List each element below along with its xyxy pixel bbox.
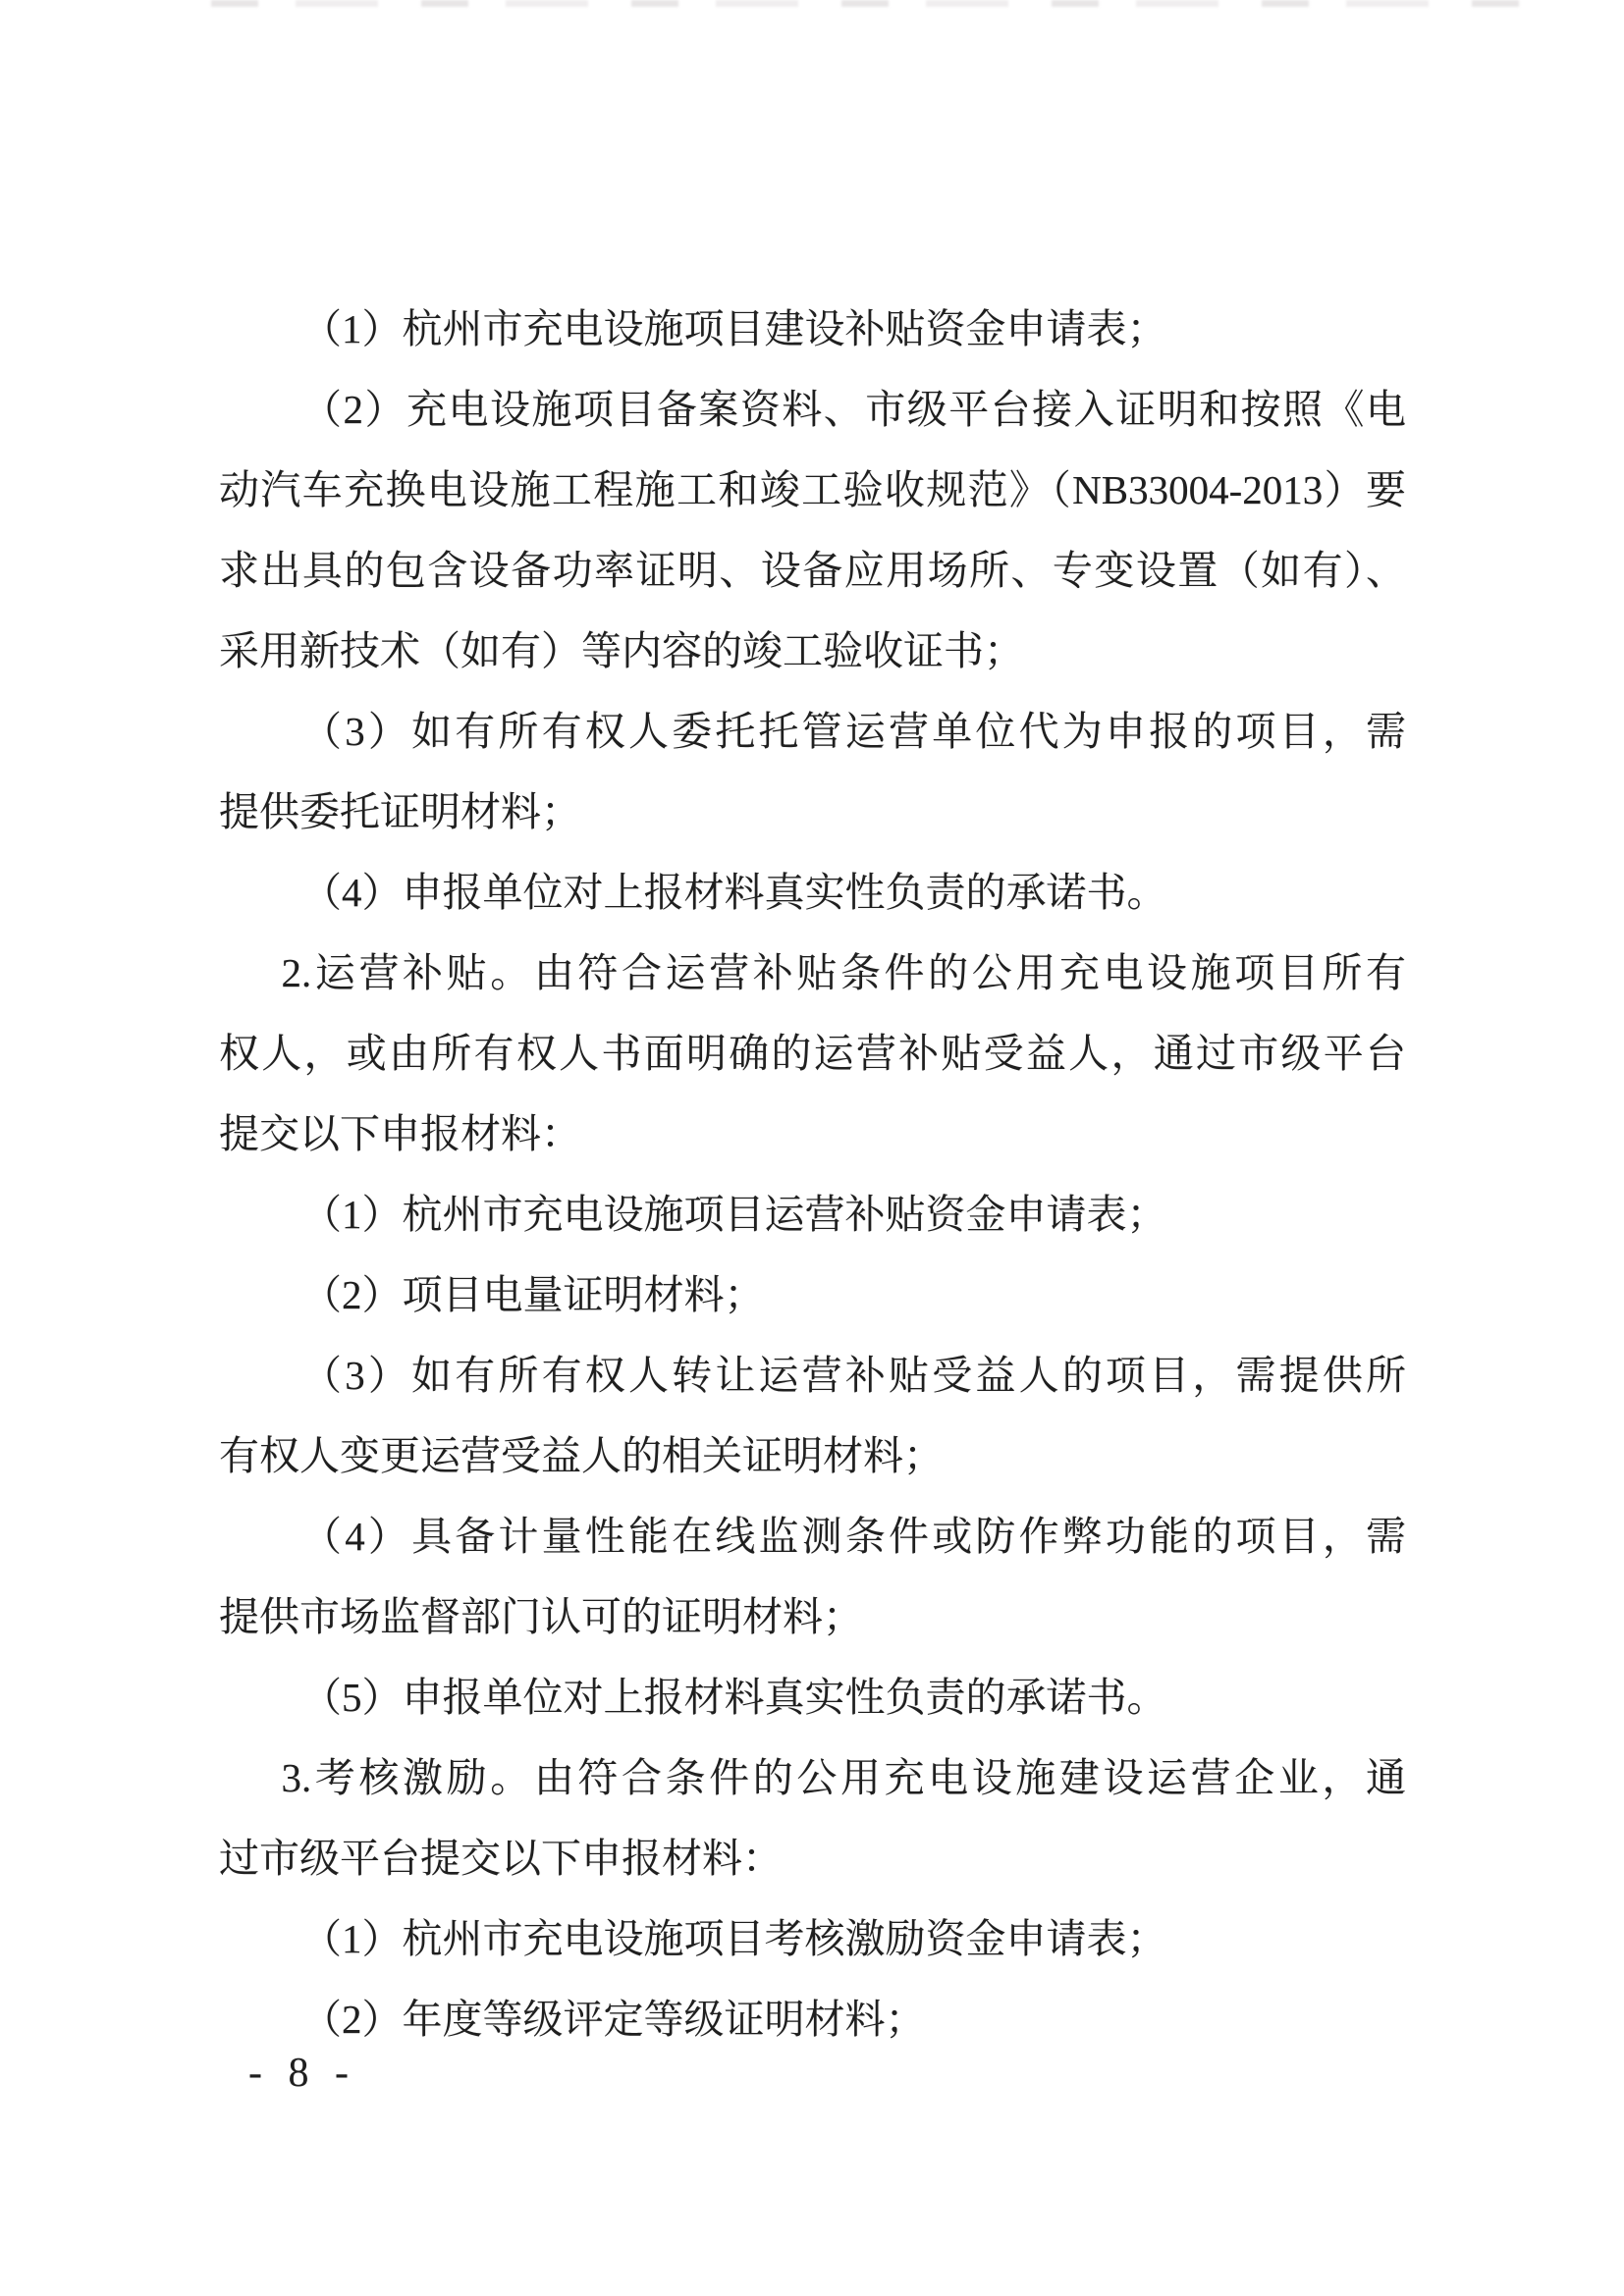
text-line: 提供委托证明材料； bbox=[219, 772, 1406, 852]
document-body: （1）杭州市充电设施项目建设补贴资金申请表；（2）充电设施项目备案资料、市级平台… bbox=[219, 289, 1406, 2059]
text-line: （3）如有所有权人委托托管运营单位代为申报的项目，需 bbox=[219, 691, 1406, 772]
text-line: 采用新技术（如有）等内容的竣工验收证书； bbox=[219, 611, 1406, 691]
text-line: 提供市场监督部门认可的证明材料； bbox=[219, 1576, 1406, 1657]
page-number: - 8 - bbox=[248, 2050, 349, 2097]
text-line: （3）如有所有权人转让运营补贴受益人的项目，需提供所 bbox=[219, 1335, 1406, 1415]
text-line: （1）杭州市充电设施项目建设补贴资金申请表； bbox=[219, 289, 1406, 369]
text-line: （5）申报单位对上报材料真实性负责的承诺书。 bbox=[219, 1657, 1406, 1737]
text-line: 有权人变更运营受益人的相关证明材料； bbox=[219, 1415, 1406, 1496]
text-line: （2）年度等级评定等级证明材料； bbox=[219, 1979, 1406, 2059]
top-edge-artifact bbox=[211, 0, 1527, 7]
text-line: 过市级平台提交以下申报材料： bbox=[219, 1818, 1406, 1898]
text-line: （1）杭州市充电设施项目运营补贴资金申请表； bbox=[219, 1174, 1406, 1255]
text-line: （4）申报单位对上报材料真实性负责的承诺书。 bbox=[219, 852, 1406, 933]
text-line: （1）杭州市充电设施项目考核激励资金申请表； bbox=[219, 1898, 1406, 1979]
text-line: 提交以下申报材料： bbox=[219, 1094, 1406, 1174]
text-line: 动汽车充换电设施工程施工和竣工验收规范》（NB33004-2013）要 bbox=[219, 450, 1406, 530]
document-page: （1）杭州市充电设施项目建设补贴资金申请表；（2）充电设施项目备案资料、市级平台… bbox=[0, 0, 1624, 2296]
text-line: （4）具备计量性能在线监测条件或防作弊功能的项目，需 bbox=[219, 1496, 1406, 1576]
text-line: 权人，或由所有权人书面明确的运营补贴受益人，通过市级平台 bbox=[219, 1013, 1406, 1094]
text-line: 2.运营补贴。由符合运营补贴条件的公用充电设施项目所有 bbox=[219, 933, 1406, 1013]
text-line: （2）项目电量证明材料； bbox=[219, 1255, 1406, 1335]
text-line: （2）充电设施项目备案资料、市级平台接入证明和按照《电 bbox=[219, 369, 1406, 450]
text-line: 3.考核激励。由符合条件的公用充电设施建设运营企业，通 bbox=[219, 1737, 1406, 1818]
text-line: 求出具的包含设备功率证明、设备应用场所、专变设置（如有）、 bbox=[219, 530, 1406, 611]
